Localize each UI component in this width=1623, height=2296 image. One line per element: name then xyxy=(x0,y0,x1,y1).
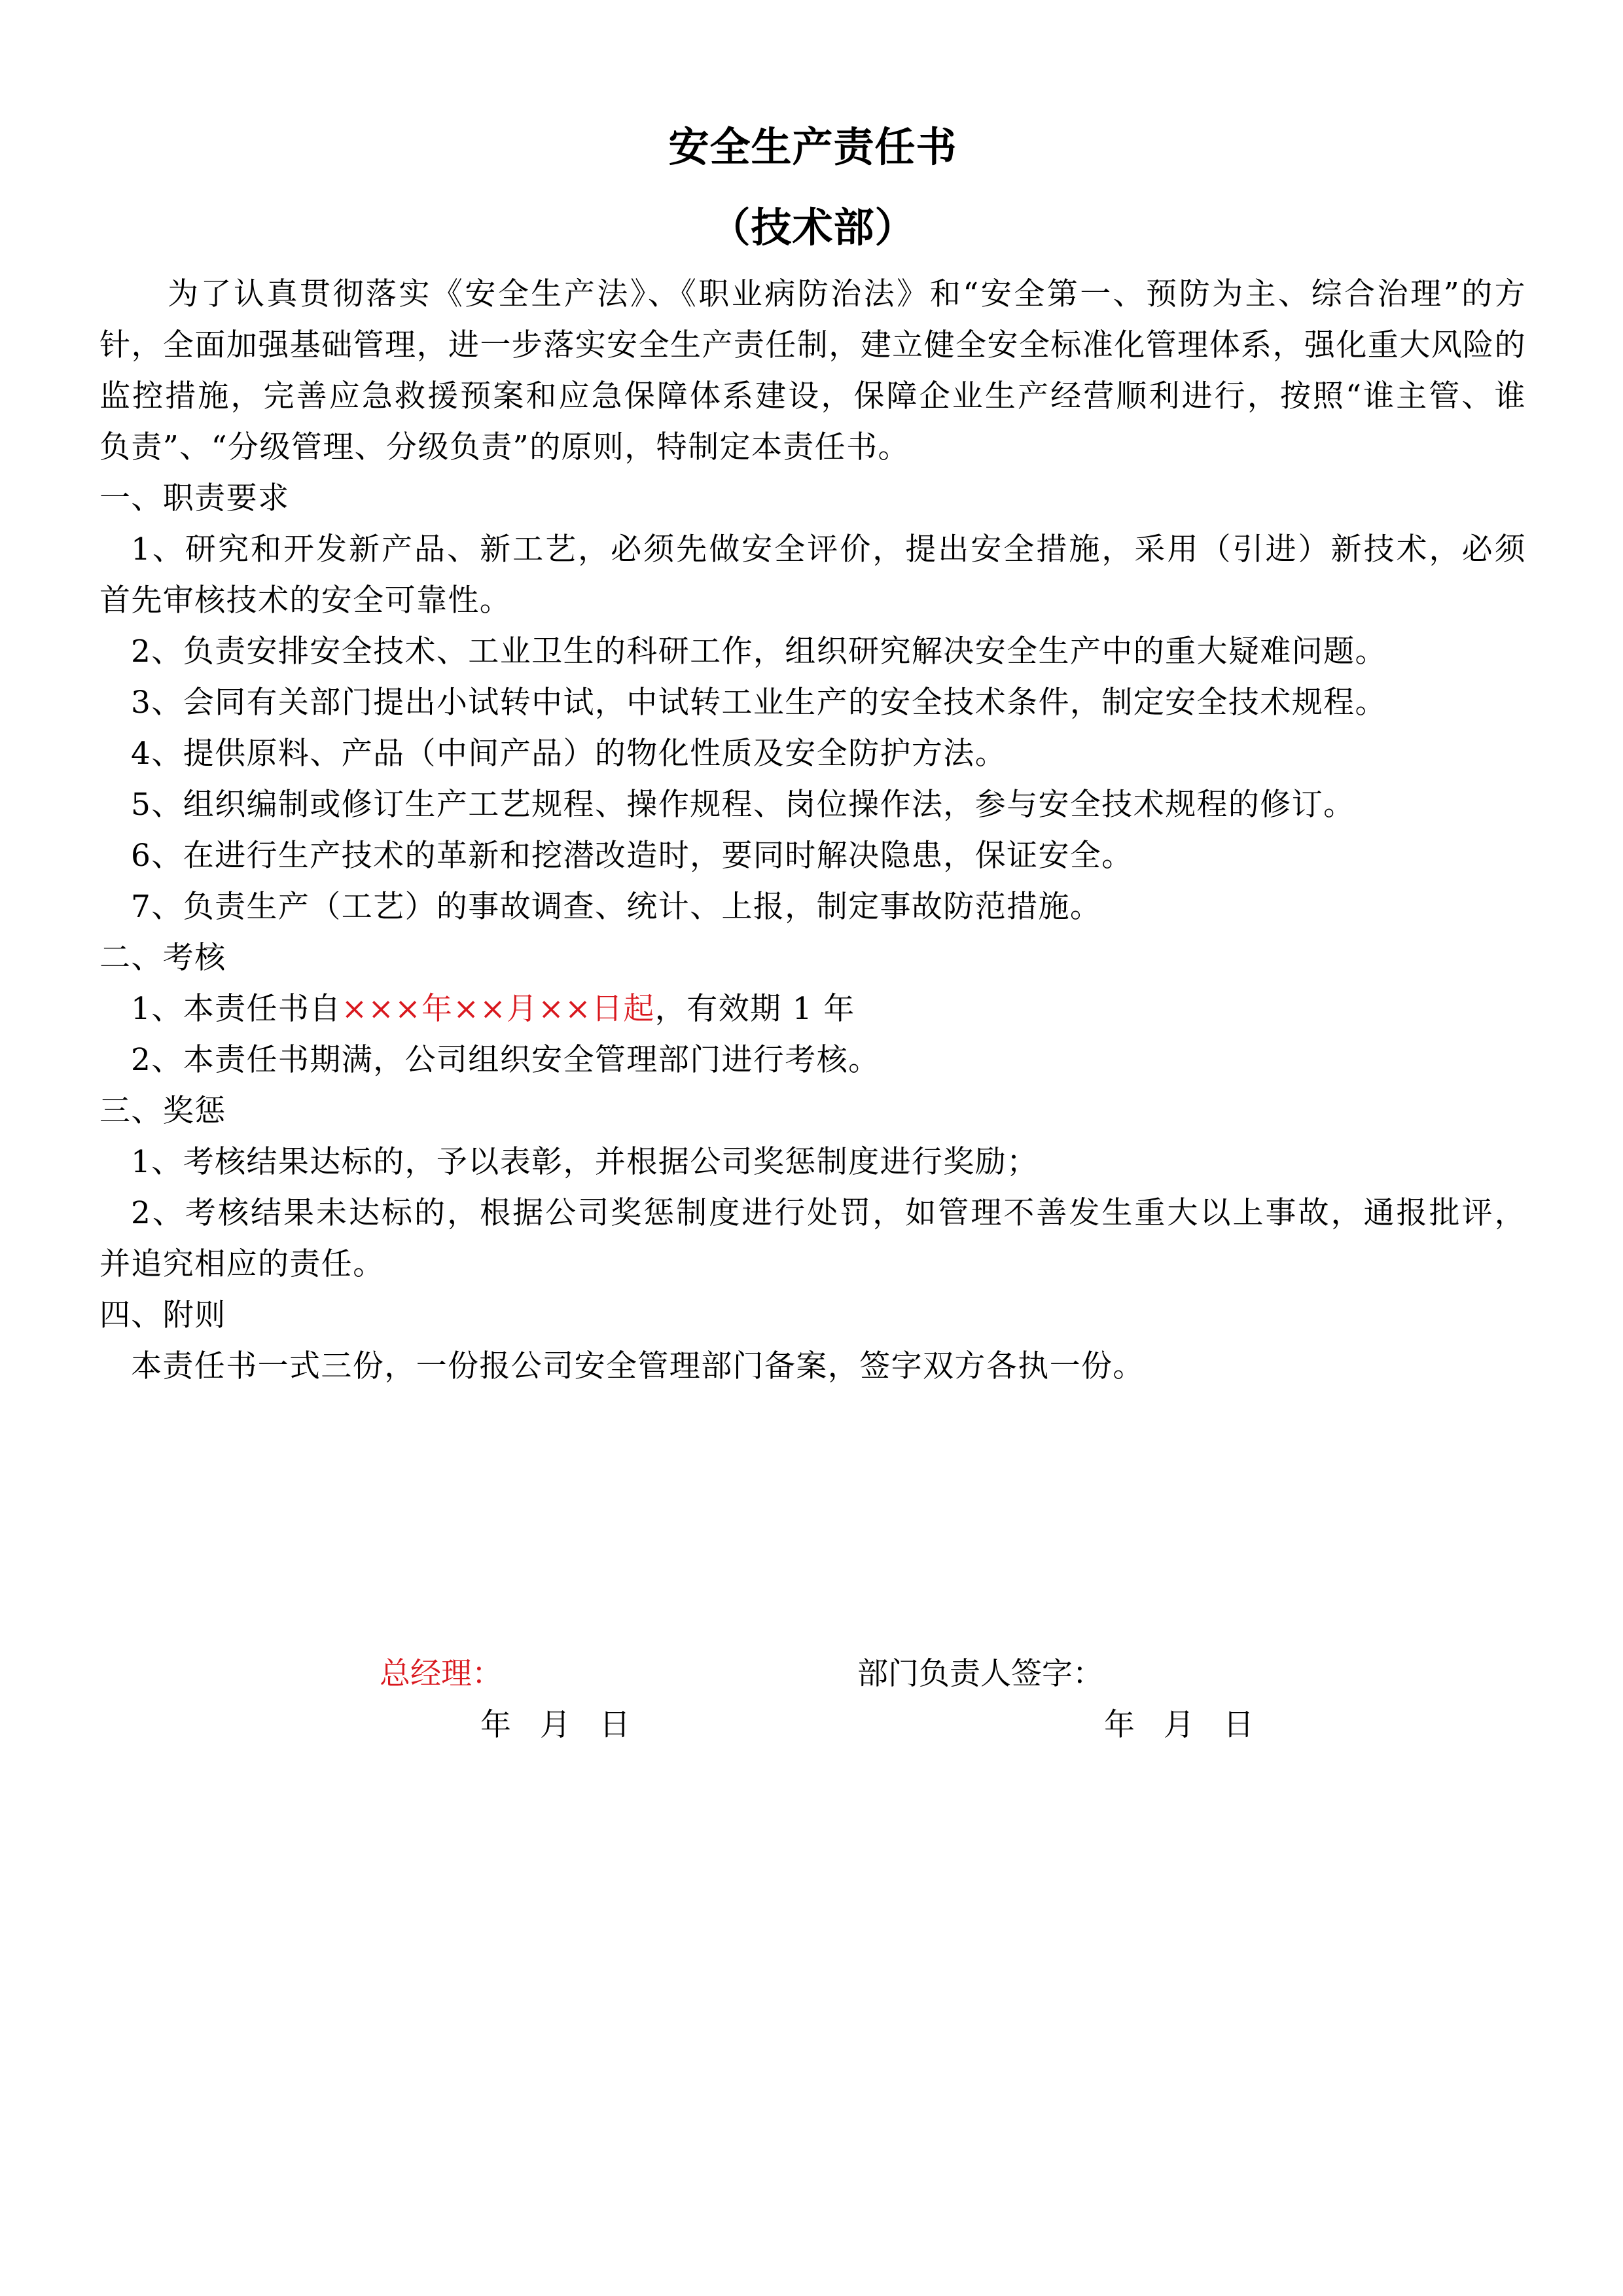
gm-year-label: 年 xyxy=(480,1707,511,1743)
duty-item-3: 3、会同有关部门提出小试转中试，中试转工业生产的安全技术条件，制定安全技术规程。 xyxy=(131,683,1387,723)
section-heading-appendix: 四、附则 xyxy=(99,1296,226,1335)
dh-day-label: 日 xyxy=(1223,1707,1254,1743)
duty-item-7: 7、负责生产（工艺）的事故调查、统计、上报，制定事故防范措施。 xyxy=(131,888,1101,927)
general-manager-label: 总经理： xyxy=(380,1655,503,1694)
reward-item-2-cont: 并追究相应的责任。 xyxy=(99,1245,385,1284)
document-subtitle: （技术部） xyxy=(99,195,1526,253)
intro-line-1: 为了认真贯彻落实《安全生产法》、《职业病防治法》和“安全第一、预防为主、综合治理… xyxy=(99,275,1526,314)
section-heading-assessment: 二、考核 xyxy=(99,939,226,978)
general-manager-date: 年月日 xyxy=(480,1706,630,1745)
validity-date-placeholder: ×××年××月××日起 xyxy=(342,991,655,1027)
dh-year-label: 年 xyxy=(1104,1707,1135,1743)
appendix-item-1: 本责任书一式三份，一份报公司安全管理部门备案，签字双方各执一份。 xyxy=(131,1347,1145,1386)
dh-month-label: 月 xyxy=(1164,1707,1194,1743)
reward-item-1: 1、考核结果达标的，予以表彰，并根据公司奖惩制度进行奖励； xyxy=(131,1143,1039,1182)
assessment-item-1: 1、本责任书自×××年××月××日起，有效期 1 年 xyxy=(131,990,855,1029)
gm-day-label: 日 xyxy=(599,1707,630,1743)
duty-item-4: 4、提供原料、产品（中间产品）的物化性质及安全防护方法。 xyxy=(131,734,1007,774)
intro-line-2: 针，全面加强基础管理，进一步落实安全生产责任制，建立健全安全标准化管理体系，强化… xyxy=(99,326,1526,365)
section-heading-duties: 一、职责要求 xyxy=(99,479,289,518)
duty-item-6: 6、在进行生产技术的革新和挖潜改造时，要同时解决隐患，保证安全。 xyxy=(131,836,1133,876)
document-title: 安全生产责任书 xyxy=(99,115,1526,173)
assessment-item-1-prefix: 1、本责任书自 xyxy=(131,991,342,1027)
gm-month-label: 月 xyxy=(540,1707,571,1743)
duty-item-1-cont: 首先审核技术的安全可靠性。 xyxy=(99,581,511,620)
assessment-item-2: 2、本责任书期满，公司组织安全管理部门进行考核。 xyxy=(131,1041,880,1080)
reward-item-2: 2、考核结果未达标的，根据公司奖惩制度进行处罚，如管理不善发生重大以上事故，通报… xyxy=(99,1194,1526,1233)
section-heading-rewards: 三、奖惩 xyxy=(99,1092,226,1131)
duty-item-2: 2、负责安排安全技术、工业卫生的科研工作，组织研究解决安全生产中的重大疑难问题。 xyxy=(131,632,1387,672)
duty-item-1: 1、研究和开发新产品、新工艺，必须先做安全评价，提出安全措施，采用（引进）新技术… xyxy=(99,530,1526,569)
assessment-item-1-suffix: ，有效期 1 年 xyxy=(655,991,855,1027)
dept-head-signature-label: 部门负责人签字： xyxy=(857,1655,1103,1694)
intro-line-3: 监控措施，完善应急救援预案和应急保障体系建设，保障企业生产经营顺利进行，按照“谁… xyxy=(99,377,1526,416)
intro-line-4: 负责”、“分级管理、分级负责”的原则，特制定本责任书。 xyxy=(99,428,910,467)
dept-head-date: 年月日 xyxy=(1104,1706,1254,1745)
duty-item-5: 5、组织编制或修订生产工艺规程、操作规程、岗位操作法，参与安全技术规程的修订。 xyxy=(131,785,1355,825)
